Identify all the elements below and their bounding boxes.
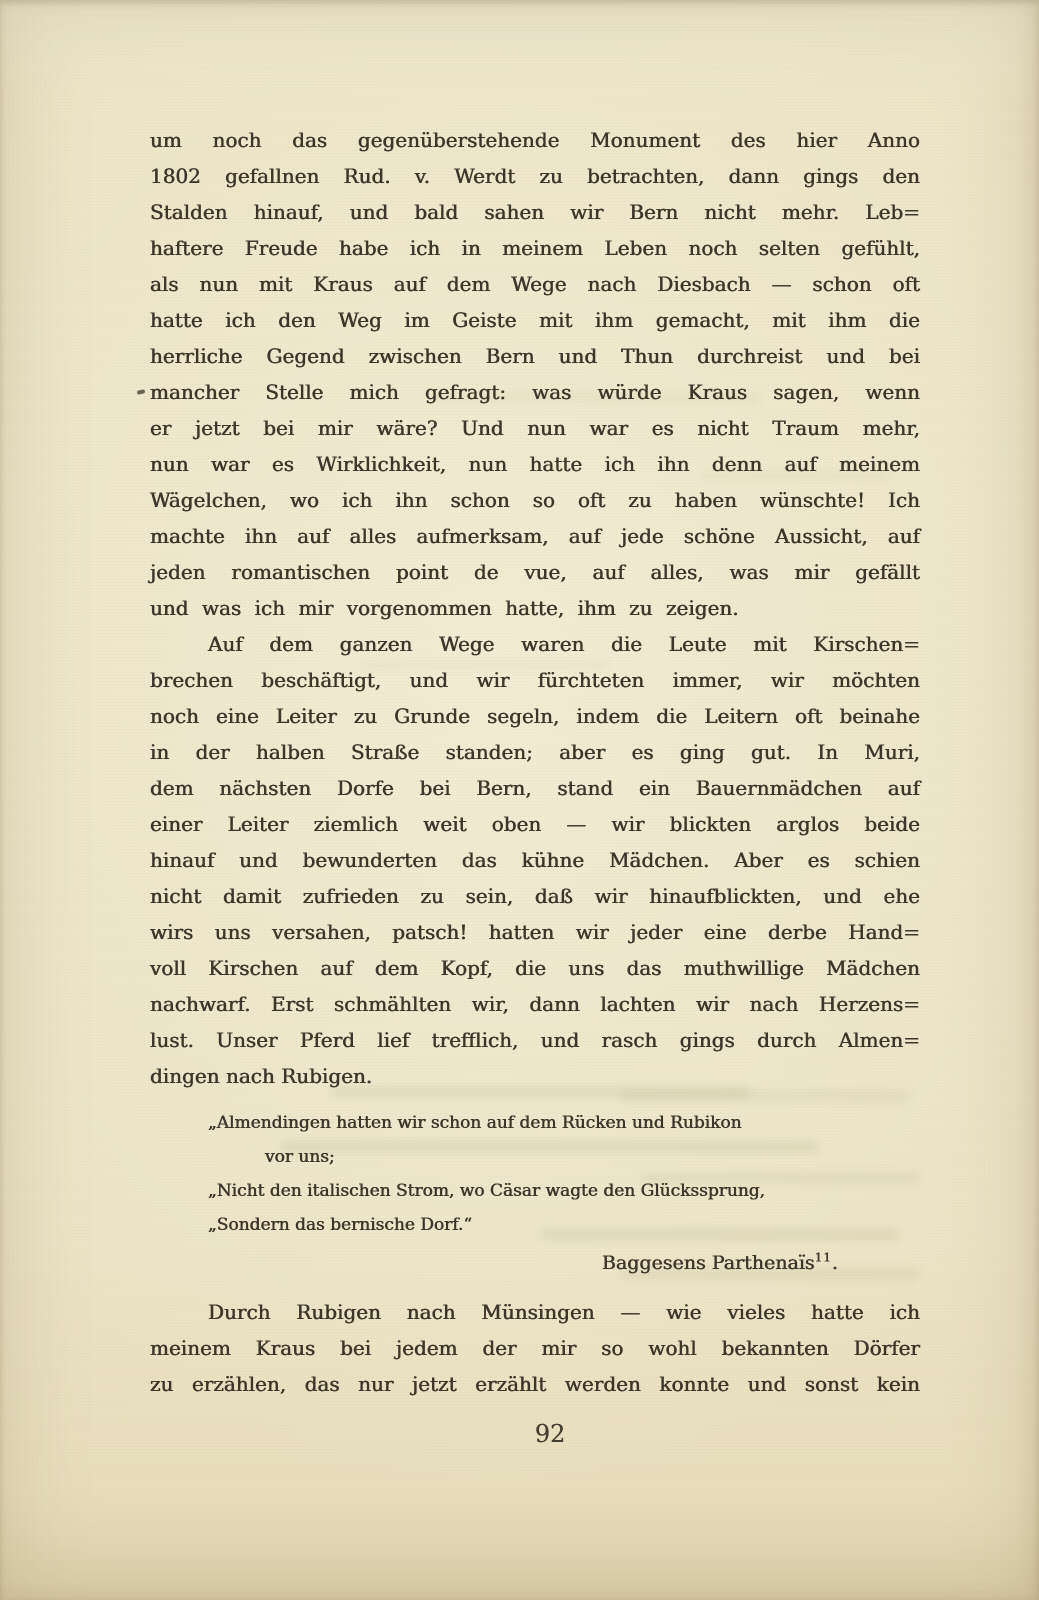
verse-line: „Sondern das bernische Dorf.“: [150, 1208, 920, 1242]
text-line: dem nächsten Dorfe bei Bern, stand ein B…: [150, 770, 920, 806]
text-line: er jetzt bei mir wäre? Und nun war es ni…: [150, 410, 920, 446]
text-line: noch eine Leiter zu Grunde segeln, indem…: [150, 698, 920, 734]
text-line: und was ich mir vorgenommen hatte, ihm z…: [150, 590, 920, 626]
text-line: herrliche Gegend zwischen Bern und Thun …: [150, 338, 920, 374]
text-line: jeden romantischen point de vue, auf all…: [150, 554, 920, 590]
text-line: einer Leiter ziemlich weit oben — wir bl…: [150, 806, 920, 842]
paragraph-muensingen: Durch Rubigen nach Münsingen — wie viele…: [150, 1294, 920, 1402]
text-line: um noch das gegenüberstehende Monument d…: [150, 122, 920, 158]
text-line: mancher Stelle mich gefragt: was würde K…: [150, 374, 920, 410]
text-line: voll Kirschen auf dem Kopf, die uns das …: [150, 950, 920, 986]
text-line: als nun mit Kraus auf dem Wege nach Dies…: [150, 266, 920, 302]
text-line: Durch Rubigen nach Münsingen — wie viele…: [150, 1294, 920, 1330]
text-line: Wägelchen, wo ich ihn schon so oft zu ha…: [150, 482, 920, 518]
text-line: zu erzählen, das nur jetzt erzählt werde…: [150, 1366, 920, 1402]
text-line: nachwarf. Erst schmählten wir, dann lach…: [150, 986, 920, 1022]
text-line: Stalden hinauf, und bald sahen wir Bern …: [150, 194, 920, 230]
text-line: in der halben Straße standen; aber es gi…: [150, 734, 920, 770]
text-line: hinauf und bewunderten das kühne Mädchen…: [150, 842, 920, 878]
text-line: meinem Kraus bei jedem der mir so wohl b…: [150, 1330, 920, 1366]
text-line: lust. Unser Pferd lief trefflich, und ra…: [150, 1022, 920, 1058]
paragraph-continuation: um noch das gegenüberstehende Monument d…: [150, 122, 920, 626]
paragraph-muri-anecdote: Auf dem ganzen Wege waren die Leute mit …: [150, 626, 920, 1094]
text-line: wirs uns versahen, patsch! hatten wir je…: [150, 914, 920, 950]
text-line: brechen beschäftigt, und wir fürchteten …: [150, 662, 920, 698]
text-line: hatte ich den Weg im Geiste mit ihm gema…: [150, 302, 920, 338]
verse-line: „Nicht den italischen Strom, wo Cäsar wa…: [150, 1174, 920, 1208]
text-line: machte ihn auf alles aufmerksam, auf jed…: [150, 518, 920, 554]
quote-attribution: Baggesens Parthenaïs11.: [150, 1248, 838, 1278]
verse-line-runover: vor uns;: [150, 1140, 920, 1174]
text-line: haftere Freude habe ich in meinem Leben …: [150, 230, 920, 266]
verse-line: „Almendingen hatten wir schon auf dem Rü…: [150, 1106, 920, 1140]
text-line: nun war es Wirklichkeit, nun hatte ich i…: [150, 446, 920, 482]
verse-quotation: „Almendingen hatten wir schon auf dem Rü…: [150, 1106, 920, 1242]
margin-ink-mark: [137, 389, 146, 395]
text-line: 1802 gefallnen Rud. v. Werdt zu betracht…: [150, 158, 920, 194]
footnote-marker: 11: [815, 1251, 832, 1265]
attribution-period: .: [832, 1252, 838, 1274]
attribution-text: Baggesens Parthenaïs: [602, 1252, 815, 1274]
page-number: 92: [150, 1420, 950, 1448]
text-line: dingen nach Rubigen.: [150, 1058, 920, 1094]
text-line: Auf dem ganzen Wege waren die Leute mit …: [150, 626, 920, 662]
page-text-column: um noch das gegenüberstehende Monument d…: [150, 122, 920, 1402]
text-line: nicht damit zufrieden zu sein, daß wir h…: [150, 878, 920, 914]
book-page-scan: um noch das gegenüberstehende Monument d…: [0, 0, 1039, 1600]
